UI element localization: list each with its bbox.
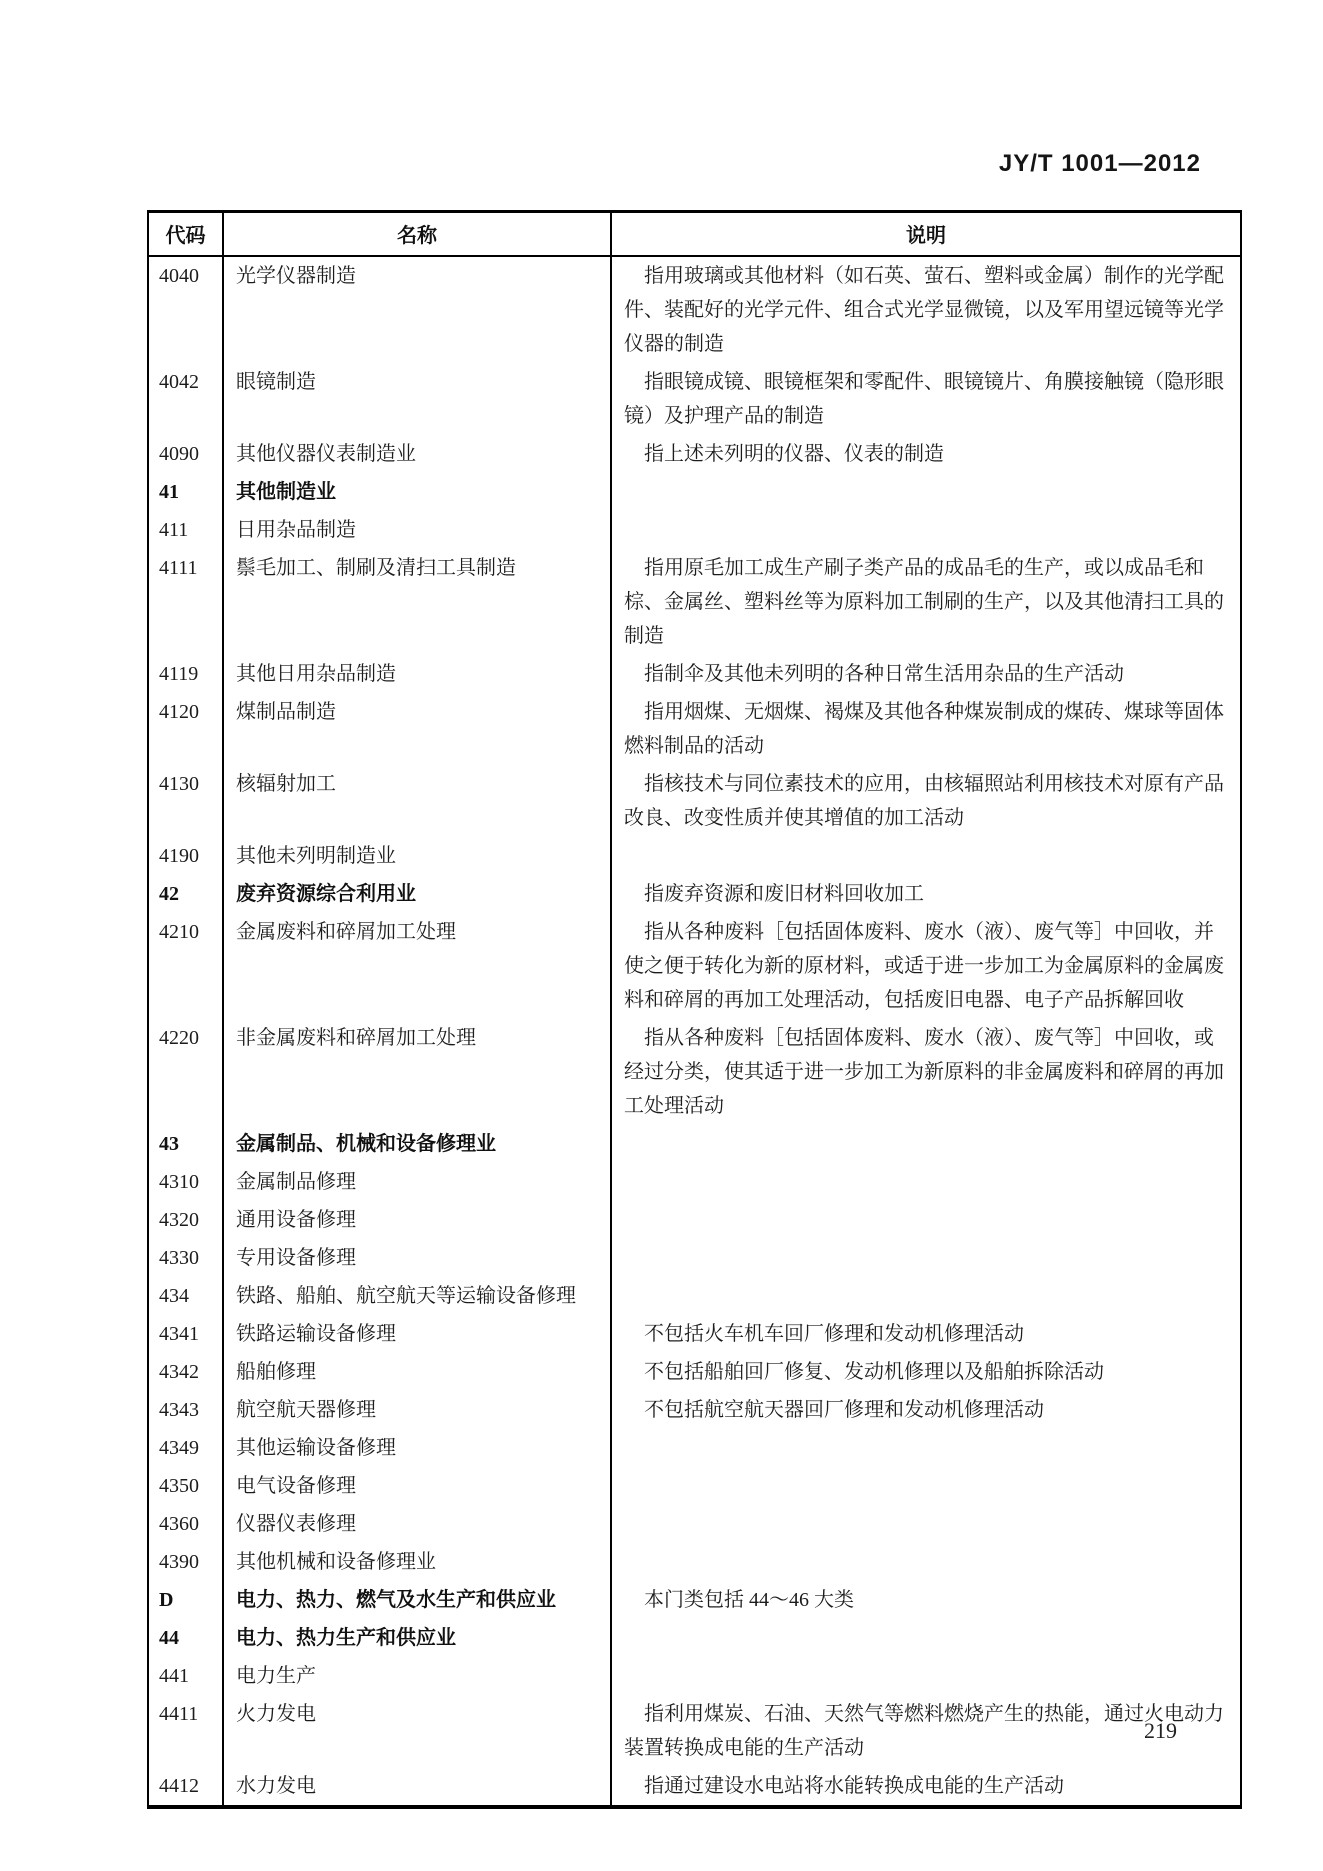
name-cell-text: 电力、热力、燃气及水生产和供应业 [236, 1583, 604, 1617]
name-cell: 煤制品制造 [223, 693, 611, 765]
desc-cell: 不包括船舶回厂修复、发动机修理以及船舶拆除活动 [611, 1353, 1241, 1391]
code-cell: 4342 [148, 1353, 223, 1391]
code-cell-text: 4412 [159, 1769, 220, 1803]
name-cell-text: 火力发电 [236, 1697, 604, 1731]
table-row: 411日用杂品制造 [148, 511, 1241, 549]
name-cell-text: 电力、热力生产和供应业 [236, 1621, 604, 1655]
code-cell-text: 4350 [159, 1469, 220, 1503]
code-cell-text: 434 [159, 1279, 220, 1313]
code-cell-text: 4119 [159, 657, 220, 691]
code-cell: 4341 [148, 1315, 223, 1353]
table-header: 代码 名称 说明 [148, 212, 1241, 257]
desc-cell [611, 1239, 1241, 1277]
table-row: 4341铁路运输设备修理不包括火车机车回厂修理和发动机修理活动 [148, 1315, 1241, 1353]
code-cell: 4210 [148, 913, 223, 1019]
name-cell-text: 金属制品、机械和设备修理业 [236, 1127, 604, 1161]
name-cell-text: 鬃毛加工、制刷及清扫工具制造 [236, 551, 604, 585]
desc-cell-text: 本门类包括 44～46 大类 [624, 1583, 1230, 1617]
code-cell: 4120 [148, 693, 223, 765]
table-row: 4040光学仪器制造指用玻璃或其他材料（如石英、萤石、塑料或金属）制作的光学配件… [148, 256, 1241, 363]
table-row: 4411火力发电指利用煤炭、石油、天然气等燃料燃烧产生的热能，通过火电动力装置转… [148, 1695, 1241, 1767]
desc-cell [611, 1619, 1241, 1657]
name-cell-text: 其他机械和设备修理业 [236, 1545, 604, 1579]
table-row: 4130核辐射加工指核技术与同位素技术的应用，由核辐照站利用核技术对原有产品改良… [148, 765, 1241, 837]
name-cell: 通用设备修理 [223, 1201, 611, 1239]
desc-cell [611, 837, 1241, 875]
code-cell: 43 [148, 1125, 223, 1163]
name-cell: 船舶修理 [223, 1353, 611, 1391]
code-cell-text: 4330 [159, 1241, 220, 1275]
table-row: 4119其他日用杂品制造指制伞及其他未列明的各种日常生活用杂品的生产活动 [148, 655, 1241, 693]
table-row: 4320通用设备修理 [148, 1201, 1241, 1239]
header-row: 代码 名称 说明 [148, 212, 1241, 257]
desc-cell-text: 指利用煤炭、石油、天然气等燃料燃烧产生的热能，通过火电动力装置转换成电能的生产活… [624, 1697, 1230, 1765]
desc-cell-text: 指用玻璃或其他材料（如石英、萤石、塑料或金属）制作的光学配件、装配好的光学元件、… [624, 259, 1230, 361]
name-cell-text: 其他仪器仪表制造业 [236, 437, 604, 471]
desc-cell: 指用原毛加工成生产刷子类产品的成品毛的生产，或以成品毛和棕、金属丝、塑料丝等为原… [611, 549, 1241, 655]
code-cell: 4220 [148, 1019, 223, 1125]
name-cell: 其他机械和设备修理业 [223, 1543, 611, 1581]
desc-cell-text: 指制伞及其他未列明的各种日常生活用杂品的生产活动 [624, 657, 1230, 691]
code-cell: 4090 [148, 435, 223, 473]
name-cell-text: 其他制造业 [236, 475, 604, 509]
code-cell: 4130 [148, 765, 223, 837]
name-cell: 电力、热力生产和供应业 [223, 1619, 611, 1657]
table-row: 4342船舶修理不包括船舶回厂修复、发动机修理以及船舶拆除活动 [148, 1353, 1241, 1391]
code-cell: 441 [148, 1657, 223, 1695]
code-cell-text: 4390 [159, 1545, 220, 1579]
desc-cell: 指核技术与同位素技术的应用，由核辐照站利用核技术对原有产品改良、改变性质并使其增… [611, 765, 1241, 837]
code-cell: 4111 [148, 549, 223, 655]
column-header-name: 名称 [223, 212, 611, 257]
table-row: 434铁路、船舶、航空航天等运输设备修理 [148, 1277, 1241, 1315]
desc-cell: 指用玻璃或其他材料（如石英、萤石、塑料或金属）制作的光学配件、装配好的光学元件、… [611, 256, 1241, 363]
table-row: 4330专用设备修理 [148, 1239, 1241, 1277]
code-cell-text: 4130 [159, 767, 220, 801]
table-row: 4390其他机械和设备修理业 [148, 1543, 1241, 1581]
name-cell: 水力发电 [223, 1767, 611, 1807]
column-header-description: 说明 [611, 212, 1241, 257]
desc-cell [611, 1201, 1241, 1239]
code-cell-text: 4120 [159, 695, 220, 729]
name-cell-text: 通用设备修理 [236, 1203, 604, 1237]
name-cell: 金属制品、机械和设备修理业 [223, 1125, 611, 1163]
name-cell-text: 铁路运输设备修理 [236, 1317, 604, 1351]
desc-cell-text: 指从各种废料［包括固体废料、废水（液）、废气等］中回收，或经过分类，使其适于进一… [624, 1021, 1230, 1123]
document-page: JY/T 1001—2012 代码 名称 说明 4040光学仪器制造指用玻璃或其… [0, 0, 1323, 1871]
page-number: 219 [1144, 1718, 1177, 1744]
name-cell-text: 废弃资源综合利用业 [236, 877, 604, 911]
column-header-code: 代码 [148, 212, 223, 257]
desc-cell-text: 指通过建设水电站将水能转换成电能的生产活动 [624, 1769, 1230, 1803]
name-cell-text: 专用设备修理 [236, 1241, 604, 1275]
desc-cell [611, 1429, 1241, 1467]
table-row: 43金属制品、机械和设备修理业 [148, 1125, 1241, 1163]
table-row: 4350电气设备修理 [148, 1467, 1241, 1505]
desc-cell: 指眼镜成镜、眼镜框架和零配件、眼镜镜片、角膜接触镜（隐形眼镜）及护理产品的制造 [611, 363, 1241, 435]
code-cell-text: 4342 [159, 1355, 220, 1389]
desc-cell-text: 指眼镜成镜、眼镜框架和零配件、眼镜镜片、角膜接触镜（隐形眼镜）及护理产品的制造 [624, 365, 1230, 433]
code-cell-text: 4343 [159, 1393, 220, 1427]
table-row: 44电力、热力生产和供应业 [148, 1619, 1241, 1657]
code-cell-text: 4220 [159, 1021, 220, 1055]
code-cell: 4190 [148, 837, 223, 875]
name-cell-text: 光学仪器制造 [236, 259, 604, 293]
desc-cell: 指从各种废料［包括固体废料、废水（液）、废气等］中回收，并使之便于转化为新的原材… [611, 913, 1241, 1019]
desc-cell-text: 指废弃资源和废旧材料回收加工 [624, 877, 1230, 911]
desc-cell-text: 指用烟煤、无烟煤、褐煤及其他各种煤炭制成的煤砖、煤球等固体燃料制品的活动 [624, 695, 1230, 763]
name-cell: 其他运输设备修理 [223, 1429, 611, 1467]
code-cell: 4330 [148, 1239, 223, 1277]
desc-cell-text: 不包括航空航天器回厂修理和发动机修理活动 [624, 1393, 1230, 1427]
table-row: 4042眼镜制造指眼镜成镜、眼镜框架和零配件、眼镜镜片、角膜接触镜（隐形眼镜）及… [148, 363, 1241, 435]
name-cell-text: 金属废料和碎屑加工处理 [236, 915, 604, 949]
name-cell: 电气设备修理 [223, 1467, 611, 1505]
table-row: 4310金属制品修理 [148, 1163, 1241, 1201]
name-cell-text: 煤制品制造 [236, 695, 604, 729]
desc-cell-text: 指从各种废料［包括固体废料、废水（液）、废气等］中回收，并使之便于转化为新的原材… [624, 915, 1230, 1017]
desc-cell [611, 1163, 1241, 1201]
name-cell: 金属制品修理 [223, 1163, 611, 1201]
table-row: 441电力生产 [148, 1657, 1241, 1695]
code-cell: 434 [148, 1277, 223, 1315]
desc-cell-text: 不包括船舶回厂修复、发动机修理以及船舶拆除活动 [624, 1355, 1230, 1389]
code-cell: 4320 [148, 1201, 223, 1239]
desc-cell [611, 1467, 1241, 1505]
code-cell: 41 [148, 473, 223, 511]
table-row: D电力、热力、燃气及水生产和供应业本门类包括 44～46 大类 [148, 1581, 1241, 1619]
code-cell-text: 4111 [159, 551, 220, 585]
name-cell: 电力、热力、燃气及水生产和供应业 [223, 1581, 611, 1619]
name-cell-text: 金属制品修理 [236, 1165, 604, 1199]
name-cell: 航空航天器修理 [223, 1391, 611, 1429]
table-row: 4210金属废料和碎屑加工处理指从各种废料［包括固体废料、废水（液）、废气等］中… [148, 913, 1241, 1019]
code-cell-text: 4042 [159, 365, 220, 399]
code-cell: 4042 [148, 363, 223, 435]
name-cell-text: 其他未列明制造业 [236, 839, 604, 873]
name-cell-text: 日用杂品制造 [236, 513, 604, 547]
desc-cell [611, 1543, 1241, 1581]
name-cell: 专用设备修理 [223, 1239, 611, 1277]
code-cell: 4343 [148, 1391, 223, 1429]
desc-cell: 指通过建设水电站将水能转换成电能的生产活动 [611, 1767, 1241, 1807]
name-cell-text: 非金属废料和碎屑加工处理 [236, 1021, 604, 1055]
desc-cell-text: 指上述未列明的仪器、仪表的制造 [624, 437, 1230, 471]
table-row: 4090其他仪器仪表制造业指上述未列明的仪器、仪表的制造 [148, 435, 1241, 473]
desc-cell [611, 473, 1241, 511]
table-row: 4190其他未列明制造业 [148, 837, 1241, 875]
name-cell: 废弃资源综合利用业 [223, 875, 611, 913]
name-cell: 其他仪器仪表制造业 [223, 435, 611, 473]
name-cell: 日用杂品制造 [223, 511, 611, 549]
name-cell: 仪器仪表修理 [223, 1505, 611, 1543]
code-cell: 4349 [148, 1429, 223, 1467]
code-cell-text: 4349 [159, 1431, 220, 1465]
code-cell: 4040 [148, 256, 223, 363]
code-cell-text: 4090 [159, 437, 220, 471]
desc-cell: 不包括航空航天器回厂修理和发动机修理活动 [611, 1391, 1241, 1429]
standard-number: JY/T 1001—2012 [999, 150, 1201, 178]
name-cell: 铁路运输设备修理 [223, 1315, 611, 1353]
code-cell-text: 441 [159, 1659, 220, 1693]
desc-cell [611, 1505, 1241, 1543]
code-cell-text: 44 [159, 1621, 220, 1655]
code-cell: 4411 [148, 1695, 223, 1767]
name-cell-text: 水力发电 [236, 1769, 604, 1803]
desc-cell: 指废弃资源和废旧材料回收加工 [611, 875, 1241, 913]
industry-code-table: 代码 名称 说明 4040光学仪器制造指用玻璃或其他材料（如石英、萤石、塑料或金… [147, 210, 1242, 1809]
desc-cell-text: 指用原毛加工成生产刷子类产品的成品毛的生产，或以成品毛和棕、金属丝、塑料丝等为原… [624, 551, 1230, 653]
code-cell-text: 4210 [159, 915, 220, 949]
code-cell: 44 [148, 1619, 223, 1657]
table-row: 4412水力发电指通过建设水电站将水能转换成电能的生产活动 [148, 1767, 1241, 1807]
name-cell-text: 电力生产 [236, 1659, 604, 1693]
name-cell: 核辐射加工 [223, 765, 611, 837]
code-cell-text: 4190 [159, 839, 220, 873]
table-row: 4349其他运输设备修理 [148, 1429, 1241, 1467]
code-cell-text: D [159, 1583, 220, 1617]
code-cell: 411 [148, 511, 223, 549]
desc-cell: 指制伞及其他未列明的各种日常生活用杂品的生产活动 [611, 655, 1241, 693]
desc-cell: 指用烟煤、无烟煤、褐煤及其他各种煤炭制成的煤砖、煤球等固体燃料制品的活动 [611, 693, 1241, 765]
name-cell-text: 航空航天器修理 [236, 1393, 604, 1427]
industry-table-body: 4040光学仪器制造指用玻璃或其他材料（如石英、萤石、塑料或金属）制作的光学配件… [148, 256, 1241, 1807]
name-cell-text: 船舶修理 [236, 1355, 604, 1389]
name-cell-text: 其他运输设备修理 [236, 1431, 604, 1465]
name-cell: 其他未列明制造业 [223, 837, 611, 875]
name-cell-text: 核辐射加工 [236, 767, 604, 801]
desc-cell [611, 511, 1241, 549]
name-cell: 其他日用杂品制造 [223, 655, 611, 693]
name-cell: 电力生产 [223, 1657, 611, 1695]
table-row: 4360仪器仪表修理 [148, 1505, 1241, 1543]
name-cell: 其他制造业 [223, 473, 611, 511]
table-row: 42废弃资源综合利用业指废弃资源和废旧材料回收加工 [148, 875, 1241, 913]
table-row: 4220非金属废料和碎屑加工处理指从各种废料［包括固体废料、废水（液）、废气等］… [148, 1019, 1241, 1125]
code-cell-text: 42 [159, 877, 220, 911]
code-cell: 4310 [148, 1163, 223, 1201]
code-cell-text: 43 [159, 1127, 220, 1161]
name-cell-text: 仪器仪表修理 [236, 1507, 604, 1541]
name-cell-text: 电气设备修理 [236, 1469, 604, 1503]
name-cell: 鬃毛加工、制刷及清扫工具制造 [223, 549, 611, 655]
code-cell: D [148, 1581, 223, 1619]
code-cell: 4350 [148, 1467, 223, 1505]
name-cell: 眼镜制造 [223, 363, 611, 435]
desc-cell: 指上述未列明的仪器、仪表的制造 [611, 435, 1241, 473]
code-cell-text: 4341 [159, 1317, 220, 1351]
name-cell: 铁路、船舶、航空航天等运输设备修理 [223, 1277, 611, 1315]
code-cell: 4360 [148, 1505, 223, 1543]
code-cell: 4119 [148, 655, 223, 693]
desc-cell: 本门类包括 44～46 大类 [611, 1581, 1241, 1619]
table-row: 4120煤制品制造指用烟煤、无烟煤、褐煤及其他各种煤炭制成的煤砖、煤球等固体燃料… [148, 693, 1241, 765]
code-cell-text: 4310 [159, 1165, 220, 1199]
name-cell: 非金属废料和碎屑加工处理 [223, 1019, 611, 1125]
code-cell-text: 4411 [159, 1697, 220, 1731]
table-row: 4343航空航天器修理不包括航空航天器回厂修理和发动机修理活动 [148, 1391, 1241, 1429]
name-cell-text: 眼镜制造 [236, 365, 604, 399]
code-cell: 4390 [148, 1543, 223, 1581]
code-cell-text: 411 [159, 513, 220, 547]
table-row: 4111鬃毛加工、制刷及清扫工具制造指用原毛加工成生产刷子类产品的成品毛的生产，… [148, 549, 1241, 655]
desc-cell-text: 不包括火车机车回厂修理和发动机修理活动 [624, 1317, 1230, 1351]
code-cell-text: 4320 [159, 1203, 220, 1237]
name-cell: 光学仪器制造 [223, 256, 611, 363]
name-cell: 火力发电 [223, 1695, 611, 1767]
desc-cell [611, 1657, 1241, 1695]
desc-cell [611, 1277, 1241, 1315]
name-cell-text: 其他日用杂品制造 [236, 657, 604, 691]
code-cell-text: 4040 [159, 259, 220, 293]
desc-cell: 不包括火车机车回厂修理和发动机修理活动 [611, 1315, 1241, 1353]
desc-cell [611, 1125, 1241, 1163]
name-cell-text: 铁路、船舶、航空航天等运输设备修理 [236, 1279, 604, 1313]
desc-cell-text: 指核技术与同位素技术的应用，由核辐照站利用核技术对原有产品改良、改变性质并使其增… [624, 767, 1230, 835]
code-cell-text: 4360 [159, 1507, 220, 1541]
desc-cell: 指从各种废料［包括固体废料、废水（液）、废气等］中回收，或经过分类，使其适于进一… [611, 1019, 1241, 1125]
code-cell: 42 [148, 875, 223, 913]
code-cell: 4412 [148, 1767, 223, 1807]
code-cell-text: 41 [159, 475, 220, 509]
name-cell: 金属废料和碎屑加工处理 [223, 913, 611, 1019]
table-row: 41其他制造业 [148, 473, 1241, 511]
